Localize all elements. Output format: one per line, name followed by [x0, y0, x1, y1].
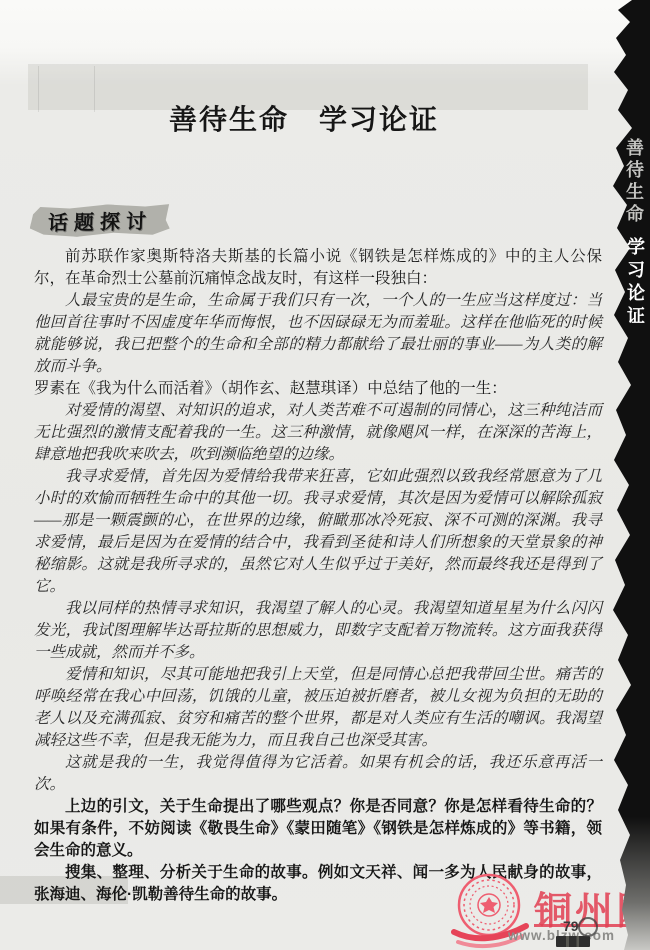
page-title: 善待生命 学习论证: [0, 98, 608, 138]
side-tab-lesson-title: 学习论证: [626, 237, 644, 329]
side-tab: 善待生命 学习论证: [610, 0, 650, 950]
page-number-badge: [556, 936, 590, 947]
topic-discussion-label: 话题探讨: [48, 205, 153, 236]
paragraph: 前苏联作家奥斯特洛夫斯基的长篇小说《钢铁是怎样炼成的》中的主人公保尔，在革命烈士…: [34, 246, 602, 290]
paragraph: 罗素在《我为什么而活着》（胡作玄、赵慧琪译）中总结了他的一生：: [34, 378, 602, 400]
paragraph: 上边的引文，关于生命提出了哪些观点？你是否同意？你是怎样看待生命的？如果有条件，…: [34, 796, 602, 862]
body-text: 前苏联作家奥斯特洛夫斯基的长篇小说《钢铁是怎样炼成的》中的主人公保尔，在革命烈士…: [34, 246, 602, 906]
paragraph: 对爱情的渴望、对知识的追求，对人类苦难不可遏制的同情心，这三种纯洁而无比强烈的激…: [34, 400, 602, 466]
paragraph: 我以同样的热情寻求知识，我渴望了解人的心灵。我渴望知道星星为什么闪闪发光，我试图…: [34, 598, 602, 664]
page-number: 79: [563, 918, 579, 934]
paragraph: 人最宝贵的是生命，生命属于我们只有一次，一个人的一生应当这样度过：当他回首往事时…: [34, 290, 602, 378]
textbook-page: 善待生命 学习论证 话题探讨 前苏联作家奥斯特洛夫斯基的长篇小说《钢铁是怎样炼成…: [0, 0, 650, 950]
side-tab-chapter-title: 善待生命: [625, 138, 643, 226]
paragraph: 这就是我的一生，我觉得值得为它活着。如果有机会的话，我还乐意再活一次。: [34, 752, 602, 796]
topic-discussion-stamp: 话题探讨: [29, 203, 170, 238]
paragraph: 爱情和知识，尽其可能地把我引上天堂，但是同情心总把我带回尘世。痛苦的呼唤经常在我…: [34, 664, 602, 752]
pen-circle-mark: [578, 917, 598, 937]
paragraph: 我寻求爱情，首先因为爱情给我带来狂喜，它如此强烈以致我经常愿意为了几小时的欢愉而…: [34, 466, 602, 598]
